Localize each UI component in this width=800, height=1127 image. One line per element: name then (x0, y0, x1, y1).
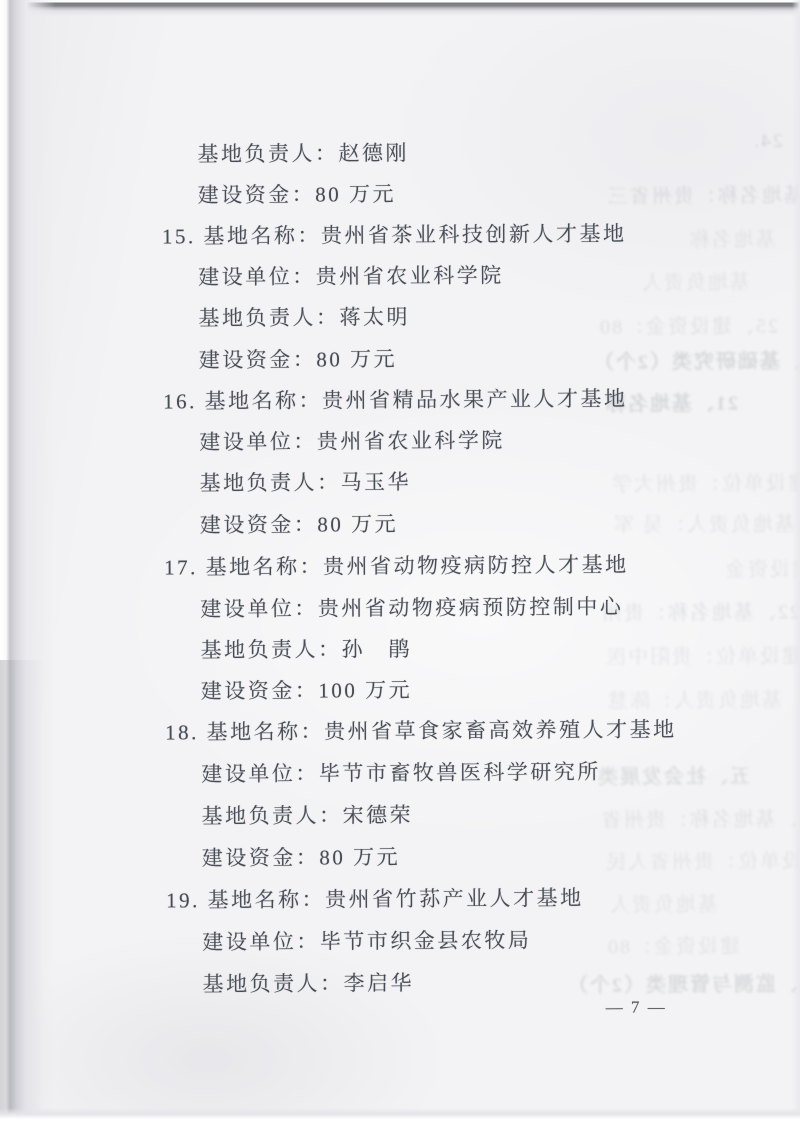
scan-edge-right (792, 0, 800, 1127)
scan-edge-left-shade (0, 660, 46, 1127)
document-line: 基地负责人：孙 鹃 (200, 633, 412, 664)
document-line: 建设资金：80 万元 (199, 343, 397, 374)
document-line: 建设单位：贵州省农业科学院 (199, 424, 505, 456)
document-line: 基地负责人：赵德刚 (197, 137, 409, 168)
scan-edge-top (0, 0, 800, 16)
document-line: 17. 基地名称：贵州省动物疫病防控人才基地 (164, 549, 629, 582)
scanned-paper: 24. 20、基地名称：贵州省三 基地名称 基地负责人 25、建设资金：80 四… (0, 0, 800, 1127)
document-body: 基地负责人：赵德刚 建设资金：80 万元 15. 基地名称：贵州省茶业科技创新人… (0, 0, 800, 1127)
document-line: 19. 基地名称：贵州省竹荪产业人才基地 (166, 882, 584, 915)
document-line: 建设单位：毕节市织金县农牧局 (202, 924, 531, 956)
document-line: 基地负责人：马玉华 (199, 466, 411, 497)
document-line: 18. 基地名称：贵州省草食家畜高效养殖人才基地 (165, 713, 677, 746)
scan-edge-bottom (0, 1108, 800, 1127)
document-line: 建设单位：贵州省农业科学院 (198, 259, 504, 291)
document-line: 建设单位：毕节市畜牧兽医科学研究所 (201, 756, 601, 788)
document-line: 建设单位：贵州省动物疫病预防控制中心 (200, 591, 623, 624)
document-line: 基地负责人：蒋太明 (198, 301, 410, 332)
document-line: 基地负责人：宋德荣 (201, 799, 413, 830)
document-line: 建设资金：80 万元 (202, 841, 400, 872)
document-line: 建设资金：80 万元 (198, 178, 396, 209)
document-line: 建设资金：100 万元 (201, 674, 412, 705)
document-line: 15. 基地名称：贵州省茶业科技创新人才基地 (162, 218, 627, 251)
page-number: — 7 — (606, 997, 667, 1017)
document-line: 16. 基地名称：贵州省精品水果产业人才基地 (163, 383, 628, 416)
document-line: 建设资金：80 万元 (200, 508, 398, 539)
document-line: 基地负责人：李启华 (202, 967, 414, 998)
